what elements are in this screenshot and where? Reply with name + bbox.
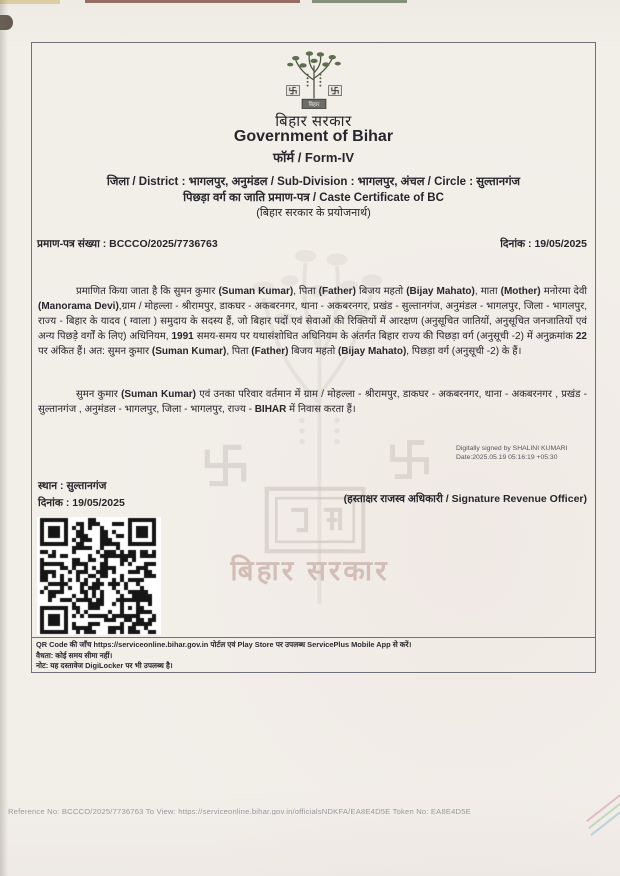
footer-divider-line: [32, 637, 595, 638]
title-english: Government of Bihar: [32, 128, 595, 146]
scanner-artifact-strip: [312, 0, 407, 3]
certificate-border-box: बिहार बिहार सरकार Government of Bihar फॉ…: [31, 42, 596, 673]
emblem-plaque: बिहार: [302, 99, 326, 108]
validity-note: वैधता: कोई समय सीमा नहीं।: [36, 651, 591, 662]
digital-signature-line1: Digitally signed by SHALINI KUMARI: [456, 445, 567, 454]
certificate-meta-row: प्रमाण-पत्र संख्या : BCCCO/2025/7736763 …: [37, 237, 587, 251]
scan-edge-shadow: [0, 0, 8, 876]
certificate-body-paragraph-1: प्रमाणित किया जाता है कि सुमन कुमार (Sum…: [38, 284, 587, 359]
district-subdivision-circle-line: जिला / District : भागलपुर, अनुमंडल / Sub…: [32, 174, 595, 189]
signature-date-line: दिनांक : 19/05/2025: [38, 496, 125, 510]
digilocker-note: नोट: यह दस्तावेज DigiLocker पर भी उपलब्ध…: [36, 661, 591, 672]
qr-verification-note: QR Code की जाँच https://serviceonline.bi…: [36, 640, 591, 651]
revenue-officer-signature-label: (हस्ताक्षर राजस्व अधिकारी / Signature Re…: [344, 492, 587, 506]
digital-signature-line2: Date:2025.05.19 05:16:19 +05:30: [456, 454, 567, 463]
swastika-icon: [328, 86, 341, 96]
reference-number-line: Reference No: BCCCO/2025/7736763 To View…: [8, 806, 614, 815]
form-number-line: फॉर्म / Form-IV: [32, 148, 595, 166]
place-line: स्थान : सुल्तानगंज: [38, 479, 106, 493]
qr-code: [37, 517, 161, 635]
scanned-caste-certificate-page: बिहार सरकार: [0, 0, 620, 876]
scanner-artifact-strip: [85, 0, 300, 3]
svg-text:बिहार: बिहार: [308, 101, 320, 108]
footer-notes: QR Code की जाँच https://serviceonline.bi…: [36, 640, 591, 672]
issue-date: दिनांक : 19/05/2025: [500, 237, 587, 251]
certificate-number: प्रमाण-पत्र संख्या : BCCCO/2025/7736763: [37, 237, 218, 251]
bihar-government-emblem: बिहार: [266, 49, 362, 113]
certificate-title: पिछड़ा वर्ग का जाति प्रमाण-पत्र / Caste …: [32, 190, 595, 205]
certificate-body-paragraph-2: सुमन कुमार (Suman Kumar) एवं उनका परिवार…: [38, 387, 587, 417]
scanner-artifact-strip: [0, 0, 60, 4]
digital-signature-stamp: Digitally signed by SHALINI KUMARI Date:…: [456, 445, 567, 462]
purpose-line: (बिहार सरकार के प्रयोजनार्थ): [32, 205, 595, 220]
swastika-icon: [286, 86, 299, 96]
